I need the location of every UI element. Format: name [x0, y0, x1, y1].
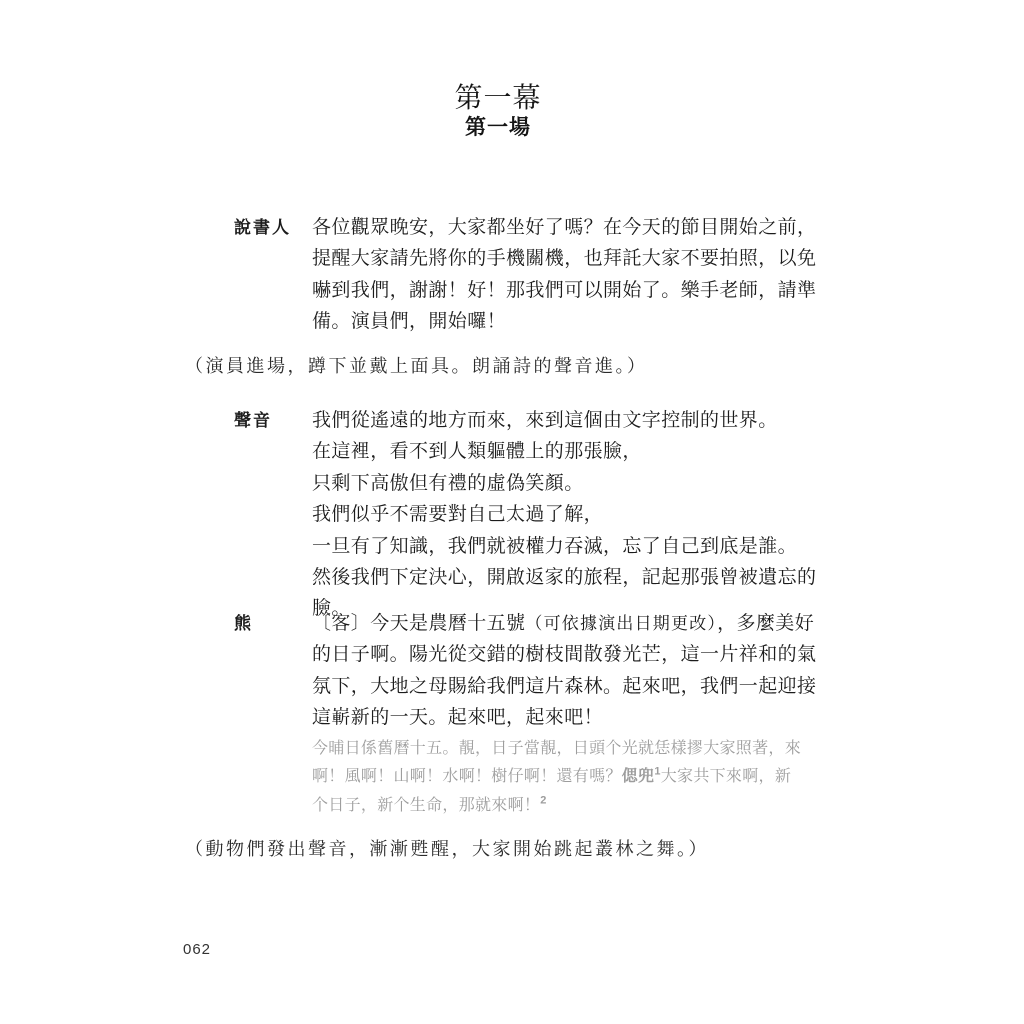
dialogue-line: 〔客〕今天是農曆十五號（可依據演出日期更改），多麼美好	[312, 608, 816, 639]
dialogue-line: 氛下，大地之母賜給我們這片森林。起來吧，我們一起迎接	[312, 671, 816, 702]
dialogue-line: 啊！風啊！山啊！水啊！樹仔啊！還有嗎？偲兜1大家共下來啊，新	[312, 763, 801, 791]
dialogue-line: 今晡日係舊曆十五。靚，日子當靚，日頭个光就恁樣摎大家照著，來	[312, 735, 801, 763]
bear-dialogue: 〔客〕今天是農曆十五號（可依據演出日期更改），多麼美好 的日子啊。陽光從交錯的樹…	[312, 608, 816, 734]
dialogue-line: 我們從遙遠的地方而來，來到這個由文字控制的世界。	[312, 405, 816, 436]
scene-title: 第一場	[0, 111, 996, 141]
dialogue-line: 在這裡，看不到人類軀體上的那張臉，	[312, 436, 816, 467]
dialogue-line: 个日子，新个生命，那就來啊！2	[312, 792, 801, 820]
speaker-label-bear: 熊	[234, 608, 253, 639]
speaker-label-narrator: 說書人	[234, 212, 291, 243]
dialogue-line: 然後我們下定決心，開啟返家的旅程，記起那張曾被遺忘的	[312, 562, 816, 593]
dialogue-line: 的日子啊。陽光從交錯的樹枝間散發光芒，這一片祥和的氣	[312, 639, 816, 670]
narrator-dialogue: 各位觀眾晚安，大家都坐好了嗎？在今天的節目開始之前， 提醒大家請先將你的手機關機…	[312, 212, 816, 338]
dialogue-line: 這嶄新的一天。起來吧，起來吧！	[312, 702, 816, 733]
dialogue-line: 備。演員們，開始囉！	[312, 306, 816, 337]
dialogue-line: 我們似乎不需要對自己太過了解，	[312, 499, 816, 530]
act-title: 第一幕	[0, 76, 996, 116]
dialogue-line: 各位觀眾晚安，大家都坐好了嗎？在今天的節目開始之前，	[312, 212, 816, 243]
stage-direction-2: （動物們發出聲音，漸漸甦醒，大家開始跳起叢林之舞。）	[185, 837, 709, 861]
dialogue-line: 一旦有了知識，我們就被權力吞滅，忘了自己到底是誰。	[312, 531, 816, 562]
page-number: 062	[183, 941, 211, 958]
bear-hakka-dialogue: 今晡日係舊曆十五。靚，日子當靚，日頭个光就恁樣摎大家照著，來 啊！風啊！山啊！水…	[312, 735, 801, 820]
dialogue-line: 嚇到我們，謝謝！好！那我們可以開始了。樂手老師，請準	[312, 275, 816, 306]
dialogue-line: 提醒大家請先將你的手機關機，也拜託大家不要拍照，以免	[312, 243, 816, 274]
speaker-label-voice: 聲音	[234, 405, 272, 436]
book-page: 第一幕 第一場 說書人 各位觀眾晚安，大家都坐好了嗎？在今天的節目開始之前， 提…	[0, 0, 1024, 1024]
voice-dialogue: 我們從遙遠的地方而來，來到這個由文字控制的世界。 在這裡，看不到人類軀體上的那張…	[312, 405, 816, 625]
stage-direction-1: （演員進場，蹲下並戴上面具。朗誦詩的聲音進。）	[185, 354, 648, 378]
dialogue-line: 只剩下高傲但有禮的虛偽笑顏。	[312, 468, 816, 499]
